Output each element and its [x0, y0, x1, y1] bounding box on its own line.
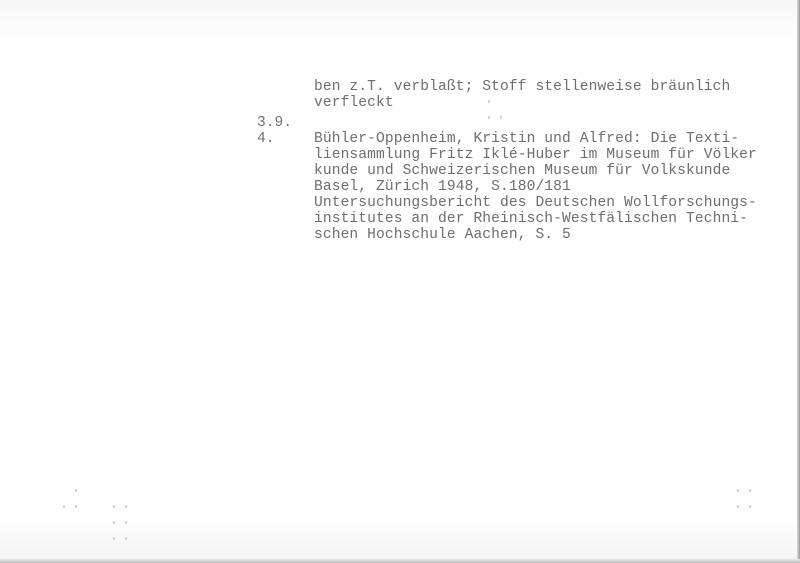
bibliography-line: Untersuchungsbericht des Deutschen Wollf… [314, 195, 757, 211]
bibliography-line: Basel, Zürich 1948, S.180/181 [314, 179, 571, 195]
show-through-mark [500, 116, 502, 119]
show-through-mark [125, 537, 127, 540]
bibliography-line: schen Hochschule Aachen, S. 5 [314, 227, 571, 243]
bibliography-line: institutes an der Rheinisch-Westfälische… [314, 211, 748, 227]
show-through-mark [488, 100, 490, 103]
continuation-line: ben z.T. verblaßt; Stoff stellenweise br… [314, 79, 730, 95]
bibliography-line: Bühler-Oppenheim, Kristin und Alfred: Di… [314, 131, 739, 147]
show-through-mark [113, 537, 115, 540]
show-through-mark [125, 505, 127, 508]
show-through-mark [75, 489, 77, 492]
bibliography-line: liensammlung Fritz Iklé-Huber im Museum … [314, 147, 757, 163]
continuation-line: verfleckt [314, 95, 394, 111]
show-through-mark [63, 505, 65, 508]
bibliography-line: kunde und Schweizerischen Museum für Vol… [314, 163, 730, 179]
show-through-mark [488, 116, 490, 119]
index-card-page: ben z.T. verblaßt; Stoff stellenweise br… [0, 0, 800, 563]
show-through-mark [125, 521, 127, 524]
show-through-mark [75, 505, 77, 508]
show-through-mark [737, 505, 739, 508]
show-through-mark [749, 489, 751, 492]
section-number: 4. [257, 131, 275, 147]
show-through-mark [113, 521, 115, 524]
show-through-mark [113, 505, 115, 508]
show-through-mark [749, 505, 751, 508]
section-number: 3.9. [257, 115, 292, 131]
card-edge-bottom [0, 559, 800, 563]
show-through-mark [737, 489, 739, 492]
